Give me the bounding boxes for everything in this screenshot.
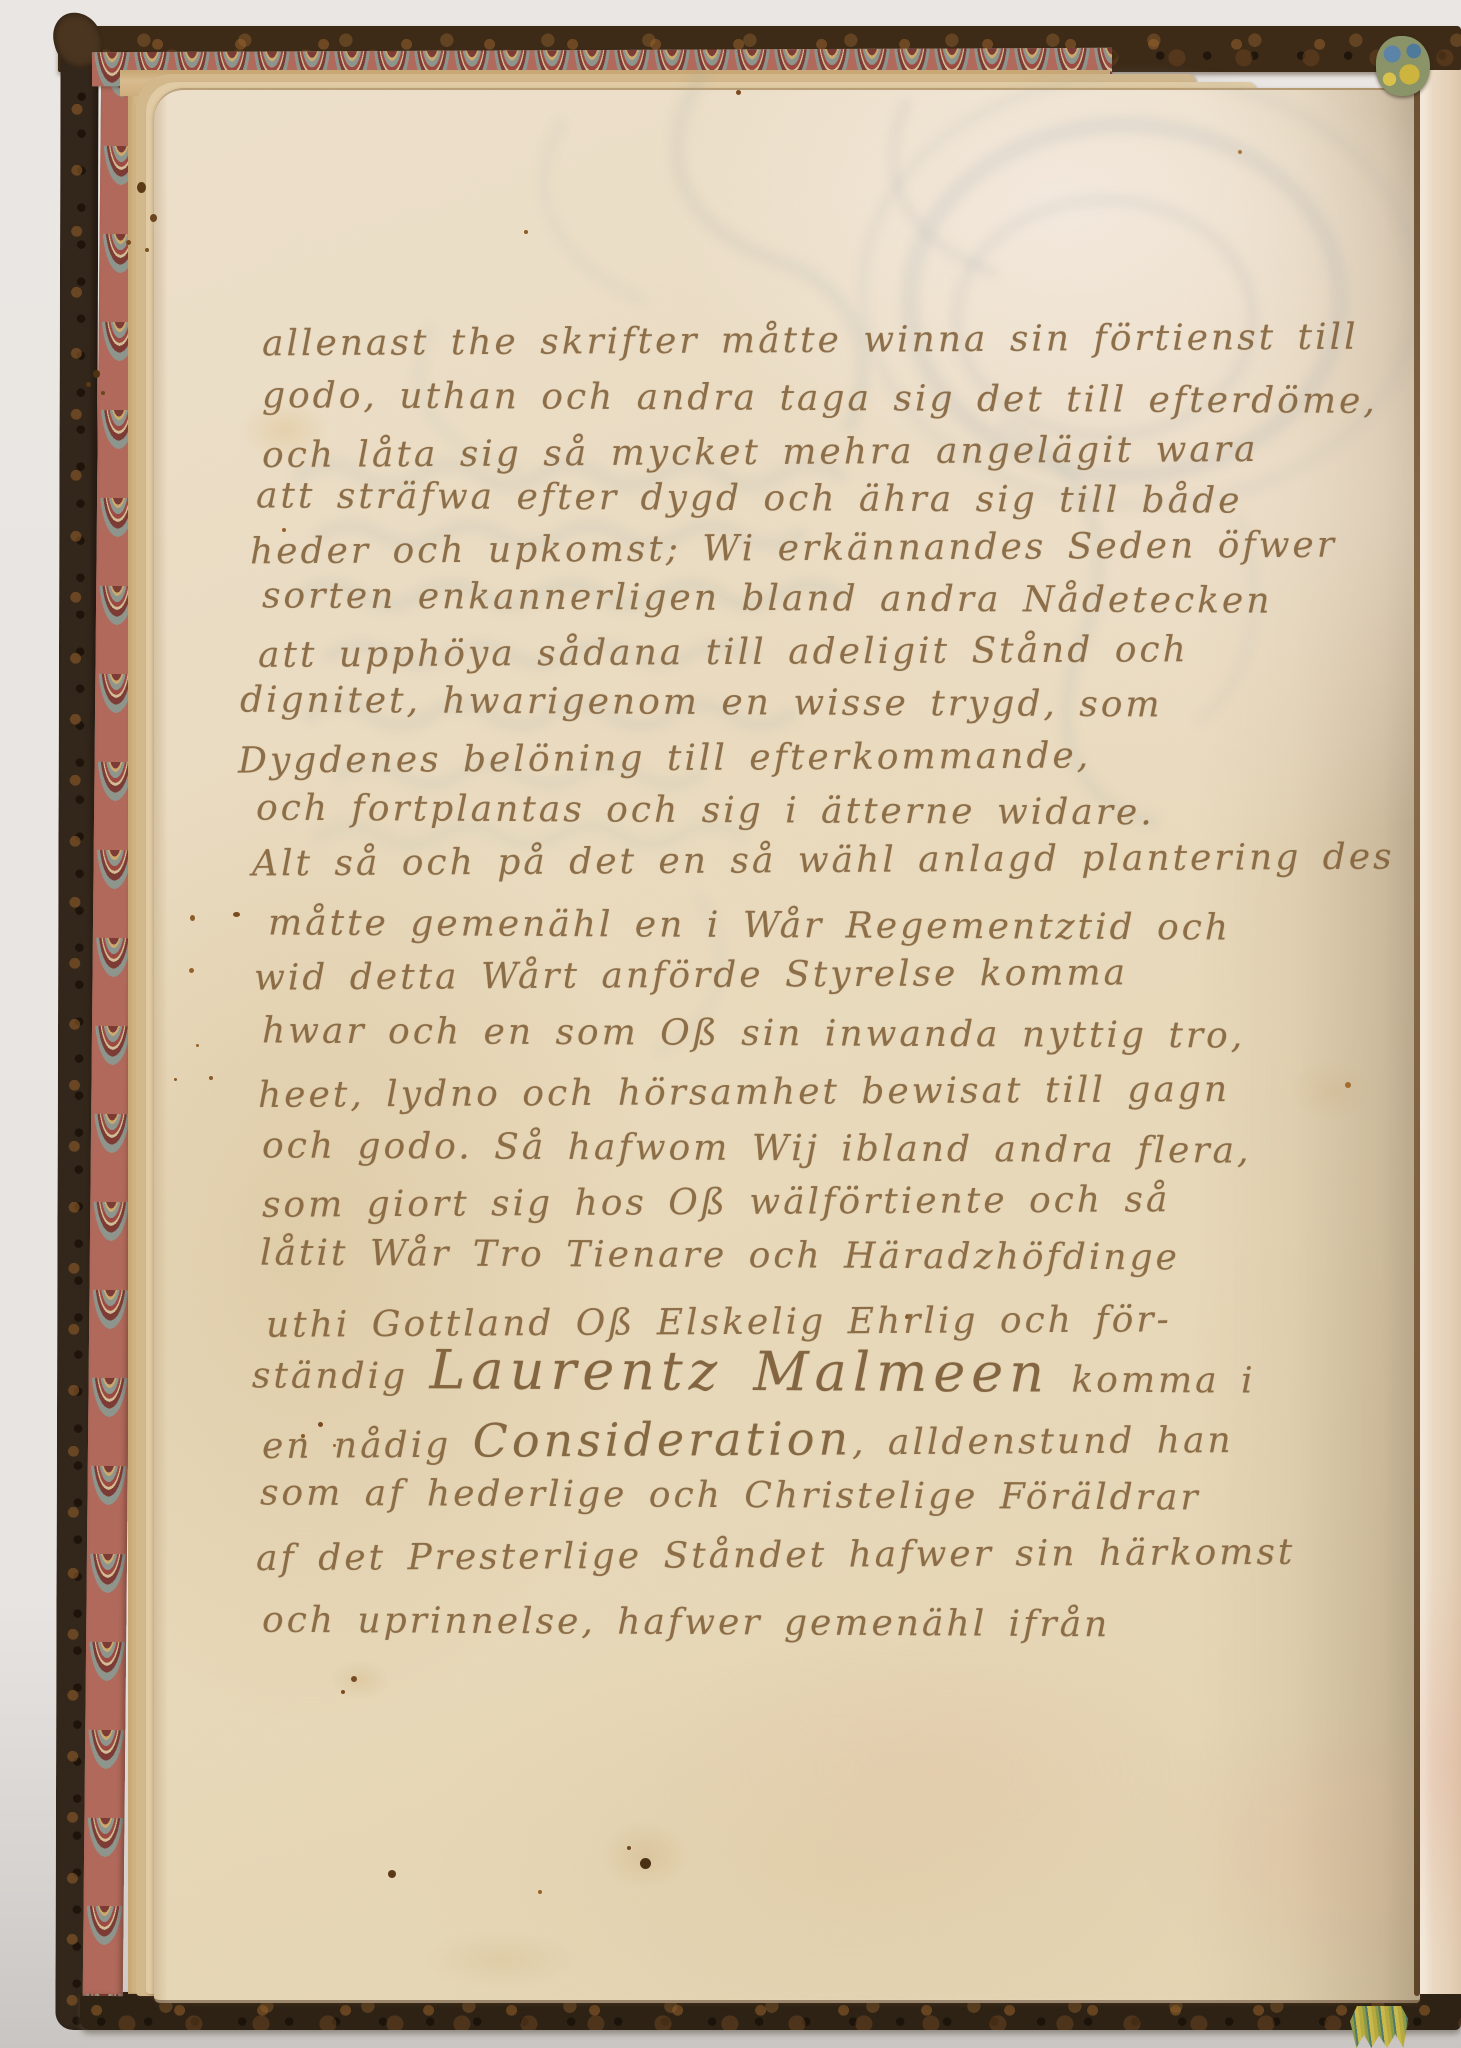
manuscript-line: Dygdenes belöning till efterkommande, bbox=[238, 735, 1091, 781]
manuscript-line: som af hederlige och Christelige Föräldr… bbox=[260, 1473, 1201, 1519]
manuscript-line: och låta sig så mycket mehra angelägit w… bbox=[262, 429, 1259, 476]
manuscript-line: godo, uthan och andra taga sig det till … bbox=[262, 375, 1378, 422]
manuscript-line: och uprinnelse, hafwer gemenähl ifrån bbox=[262, 1600, 1111, 1645]
manuscript-line: allenast the skrifter måtte winna sin fö… bbox=[262, 317, 1359, 365]
manuscript-line: att upphöya sådana till adeligit Stånd o… bbox=[258, 629, 1189, 676]
manuscript-line: och godo. Så hafwom Wij ibland andra fle… bbox=[262, 1125, 1252, 1171]
manuscript-line-with-keyword: en nådig Consideration, alldenstund han bbox=[262, 1409, 1234, 1469]
manuscript-line: Alt så och på det en så wähl anlagd plan… bbox=[252, 837, 1395, 885]
manuscript-line: heet, lydno och hörsamhet bewisat till g… bbox=[258, 1069, 1230, 1116]
line-suffix: , alldenstund han bbox=[852, 1420, 1234, 1463]
manuscript-line: hwar och en som Oß sin inwanda nyttig tr… bbox=[262, 1010, 1245, 1056]
scanned-book-page: allenast the skrifter måtte winna sin fö… bbox=[0, 0, 1461, 2048]
line-suffix: komma i bbox=[1050, 1360, 1256, 1402]
line-prefix: en nådig bbox=[262, 1425, 473, 1467]
manuscript-line: dignitet, hwarigenom en wisse trygd, som bbox=[240, 680, 1163, 726]
manuscript-line: wid detta Wårt anförde Styrelse komma bbox=[254, 952, 1128, 998]
manuscript-line: af det Presterlige Ståndet hafwer sin hä… bbox=[256, 1532, 1296, 1579]
keyword-consideration: Consideration bbox=[472, 1411, 852, 1467]
personal-name: Laurentz Malmeen bbox=[429, 1338, 1050, 1404]
manuscript-line: låtit Wår Tro Tienare och Häradzhöfdinge bbox=[260, 1233, 1180, 1279]
endband-tassel-bottom bbox=[1350, 2006, 1408, 2048]
manuscript-line: heder och upkomst; Wi erkännandes Seden … bbox=[250, 525, 1337, 573]
facing-page-edge bbox=[1420, 70, 1461, 1994]
manuscript-line-with-name: ständig Laurentz Malmeen komma i bbox=[252, 1337, 1256, 1405]
endband-top bbox=[1376, 36, 1430, 96]
manuscript-line: och fortplantas och sig i ätterne widare… bbox=[256, 788, 1155, 834]
manuscript-line: sorten enkannerligen bland andra Nådetec… bbox=[262, 575, 1273, 621]
manuscript-line: som giort sig hos Oß wälförtiente och så bbox=[262, 1179, 1171, 1226]
line-prefix: ständig bbox=[252, 1355, 430, 1397]
manuscript-line: att sträfwa efter dygd och ähra sig till… bbox=[256, 475, 1243, 521]
manuscript-line: måtte gemenähl en i Wår Regementztid och bbox=[268, 902, 1231, 948]
